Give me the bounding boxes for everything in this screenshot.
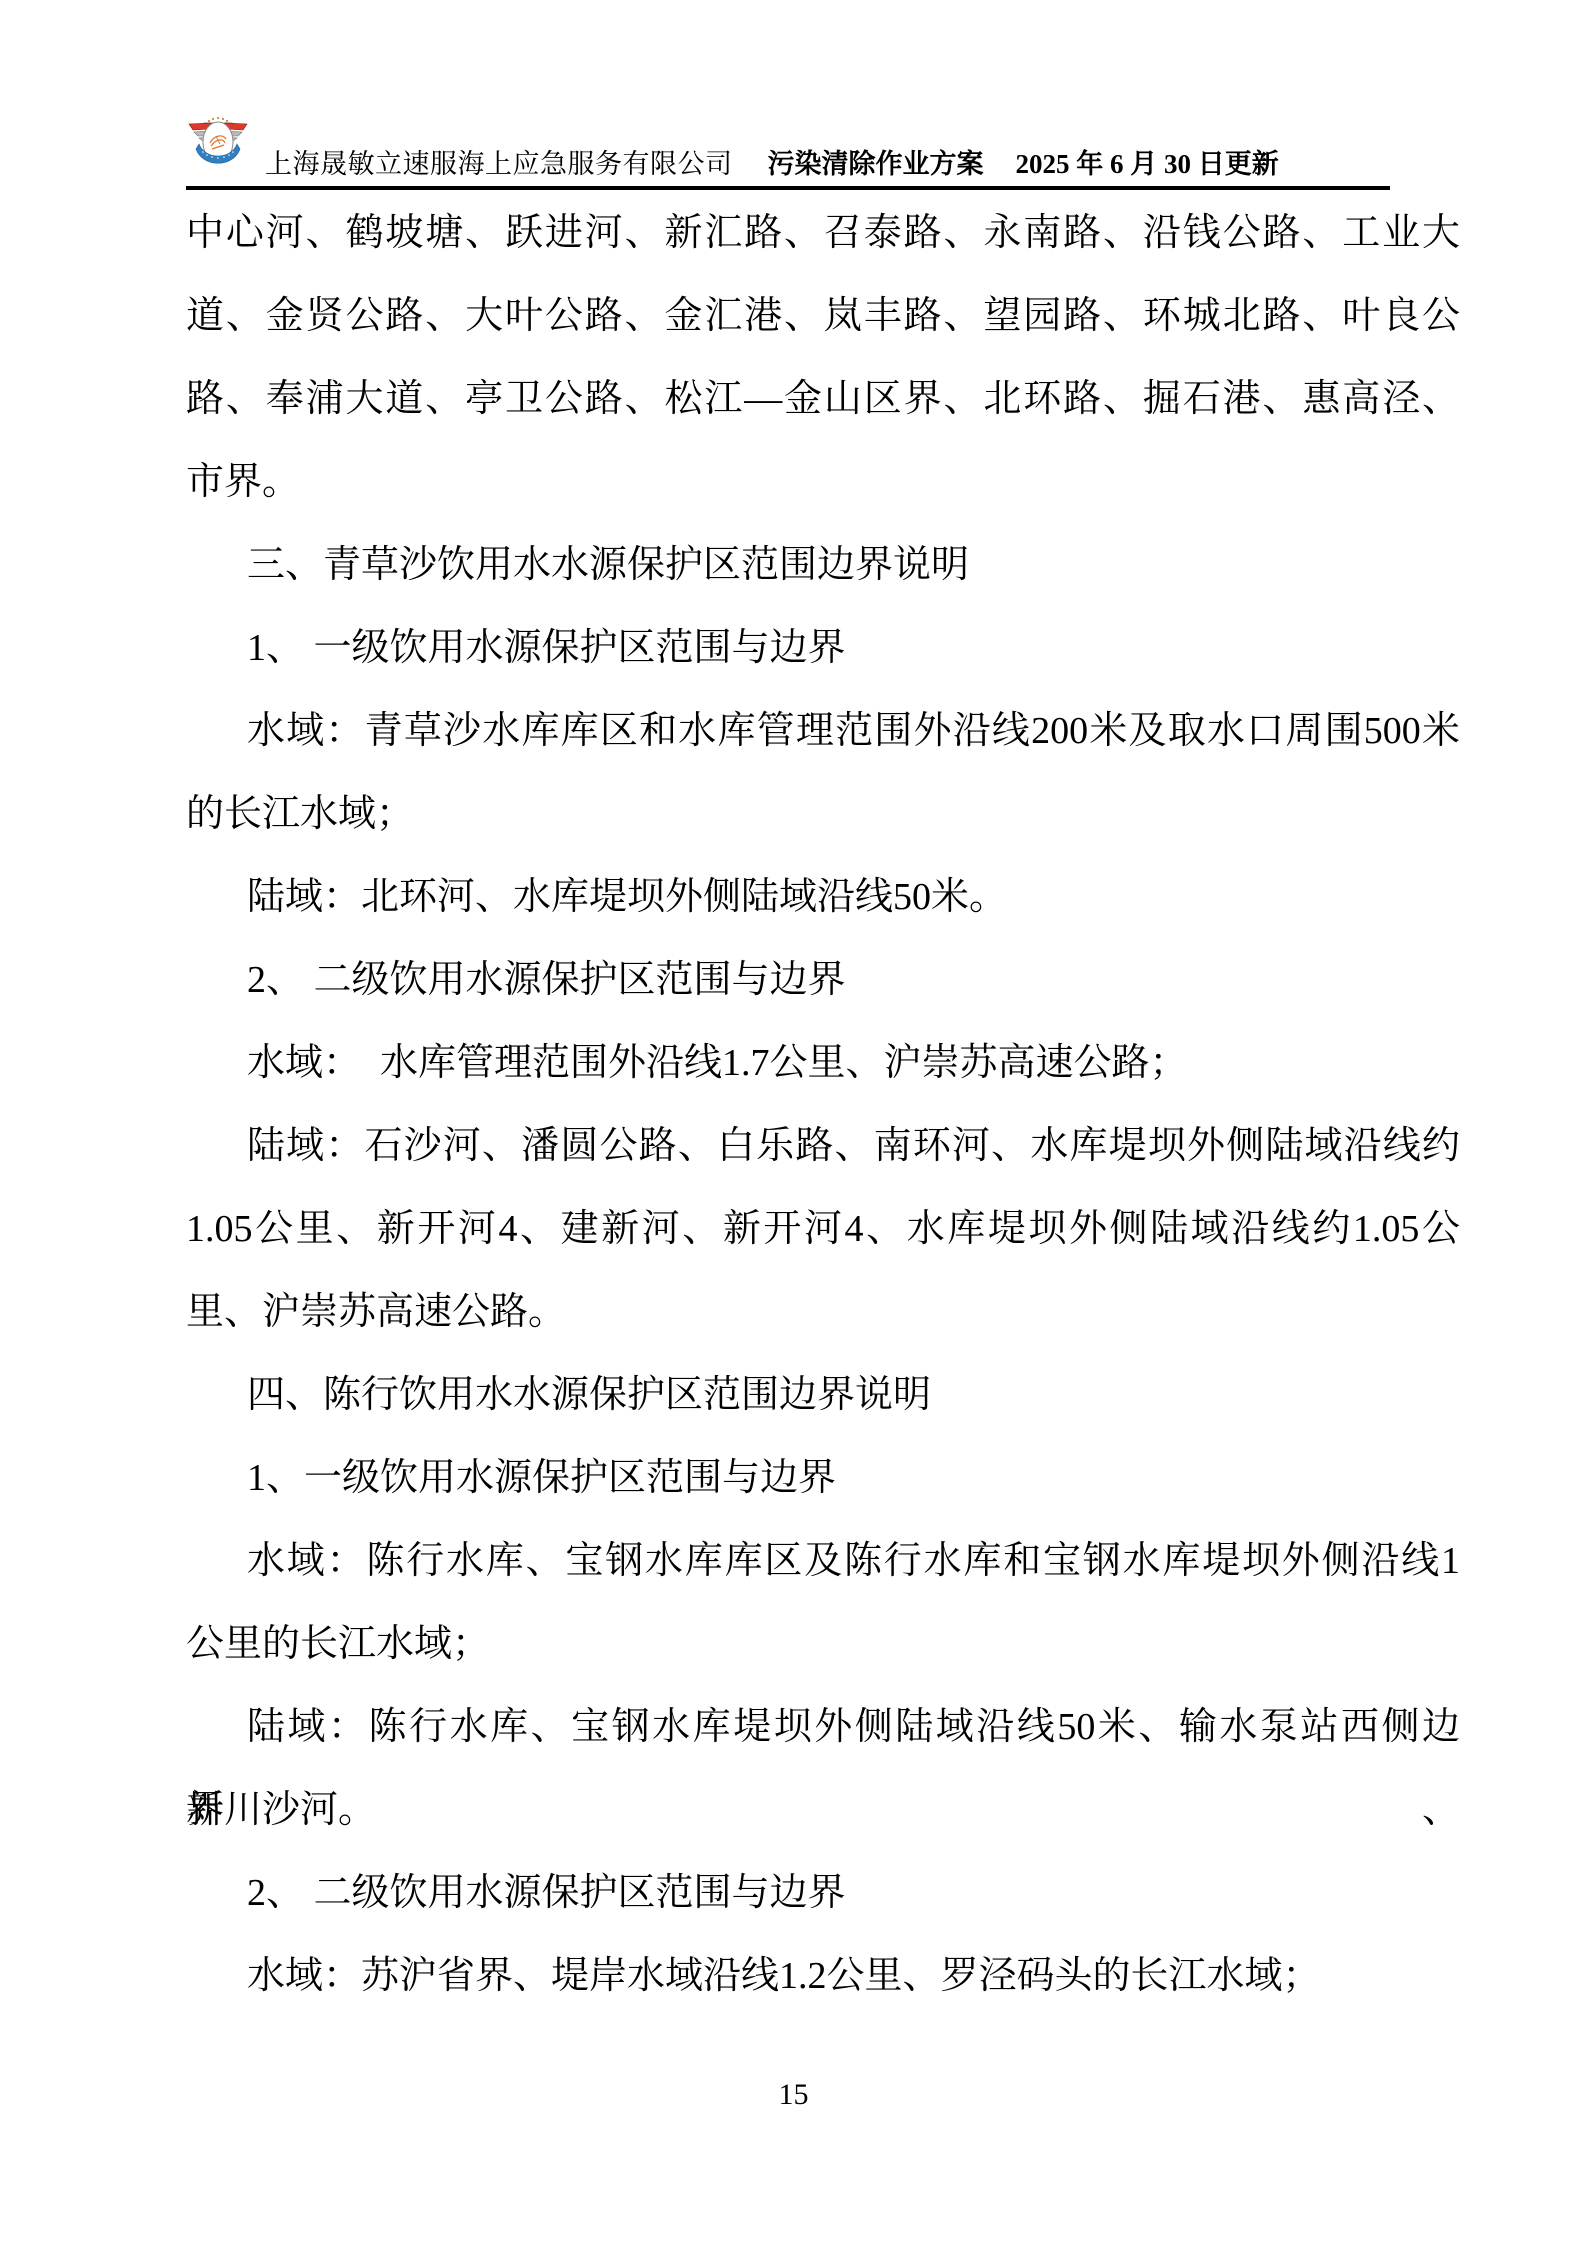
update-date: 2025 年 6 月 30 日更新 [1016, 147, 1279, 181]
company-logo-icon [187, 114, 249, 170]
text-line: 水域：青草沙水库库区和水库管理范围外沿线200米及取水口周围500米 [186, 690, 1460, 773]
text-line: 陆域：北环河、水库堤坝外侧陆域沿线50米。 [186, 856, 1460, 939]
page-footer: 15 [0, 2078, 1587, 2112]
company-name: 上海晟敏立速服海上应急服务有限公司 [265, 147, 733, 181]
text-line: 水域：苏沪省界、堤岸水域沿线1.2公里、罗泾码头的长江水域； [186, 1935, 1460, 2018]
text-line: 道、金贤公路、大叶公路、金汇港、岚丰路、望园路、环城北路、叶良公 [186, 275, 1460, 358]
text-line: 四、陈行饮用水水源保护区范围边界说明 [186, 1354, 1460, 1437]
text-line: 2、 二级饮用水源保护区范围与边界 [186, 939, 1460, 1022]
header-text-row: 上海晟敏立速服海上应急服务有限公司 污染清除作业方案 2025 年 6 月 30… [265, 143, 1279, 181]
document-page: 上海晟敏立速服海上应急服务有限公司 污染清除作业方案 2025 年 6 月 30… [0, 0, 1587, 2245]
text-line: 公里的长江水域； [186, 1603, 1460, 1686]
text-line: 1、 一级饮用水源保护区范围与边界 [186, 607, 1460, 690]
text-line: 陆域：石沙河、潘圆公路、白乐路、南环河、水库堤坝外侧陆域沿线约 [186, 1105, 1460, 1188]
text-line: 路、奉浦大道、亭卫公路、松江—金山区界、北环路、掘石港、惠高泾、 [186, 358, 1460, 441]
text-line: 里、沪崇苏高速公路。 [186, 1271, 1460, 1354]
doc-title: 污染清除作业方案 [768, 147, 984, 181]
text-line: 陆域：陈行水库、宝钢水库堤坝外侧陆域沿线50米、输水泵站西侧边界、 [186, 1686, 1460, 1769]
text-line: 水域：陈行水库、宝钢水库库区及陈行水库和宝钢水库堤坝外侧沿线1 [186, 1520, 1460, 1603]
text-line: 三、青草沙饮用水水源保护区范围边界说明 [186, 524, 1460, 607]
text-line: 2、 二级饮用水源保护区范围与边界 [186, 1852, 1460, 1935]
text-line: 市界。 [186, 441, 1460, 524]
text-line: 的长江水域； [186, 773, 1460, 856]
text-line: 1、一级饮用水源保护区范围与边界 [186, 1437, 1460, 1520]
text-line: 中心河、鹤坡塘、跃进河、新汇路、召泰路、永南路、沿钱公路、工业大 [186, 192, 1460, 275]
page-number: 15 [779, 2078, 809, 2111]
document-body: 中心河、鹤坡塘、跃进河、新汇路、召泰路、永南路、沿钱公路、工业大道、金贤公路、大… [186, 192, 1460, 2018]
header-rule [186, 186, 1390, 190]
text-line: 水域： 水库管理范围外沿线1.7公里、沪崇苏高速公路； [186, 1022, 1460, 1105]
text-line: 1.05公里、新开河4、建新河、新开河4、水库堤坝外侧陆域沿线约1.05公 [186, 1188, 1460, 1271]
